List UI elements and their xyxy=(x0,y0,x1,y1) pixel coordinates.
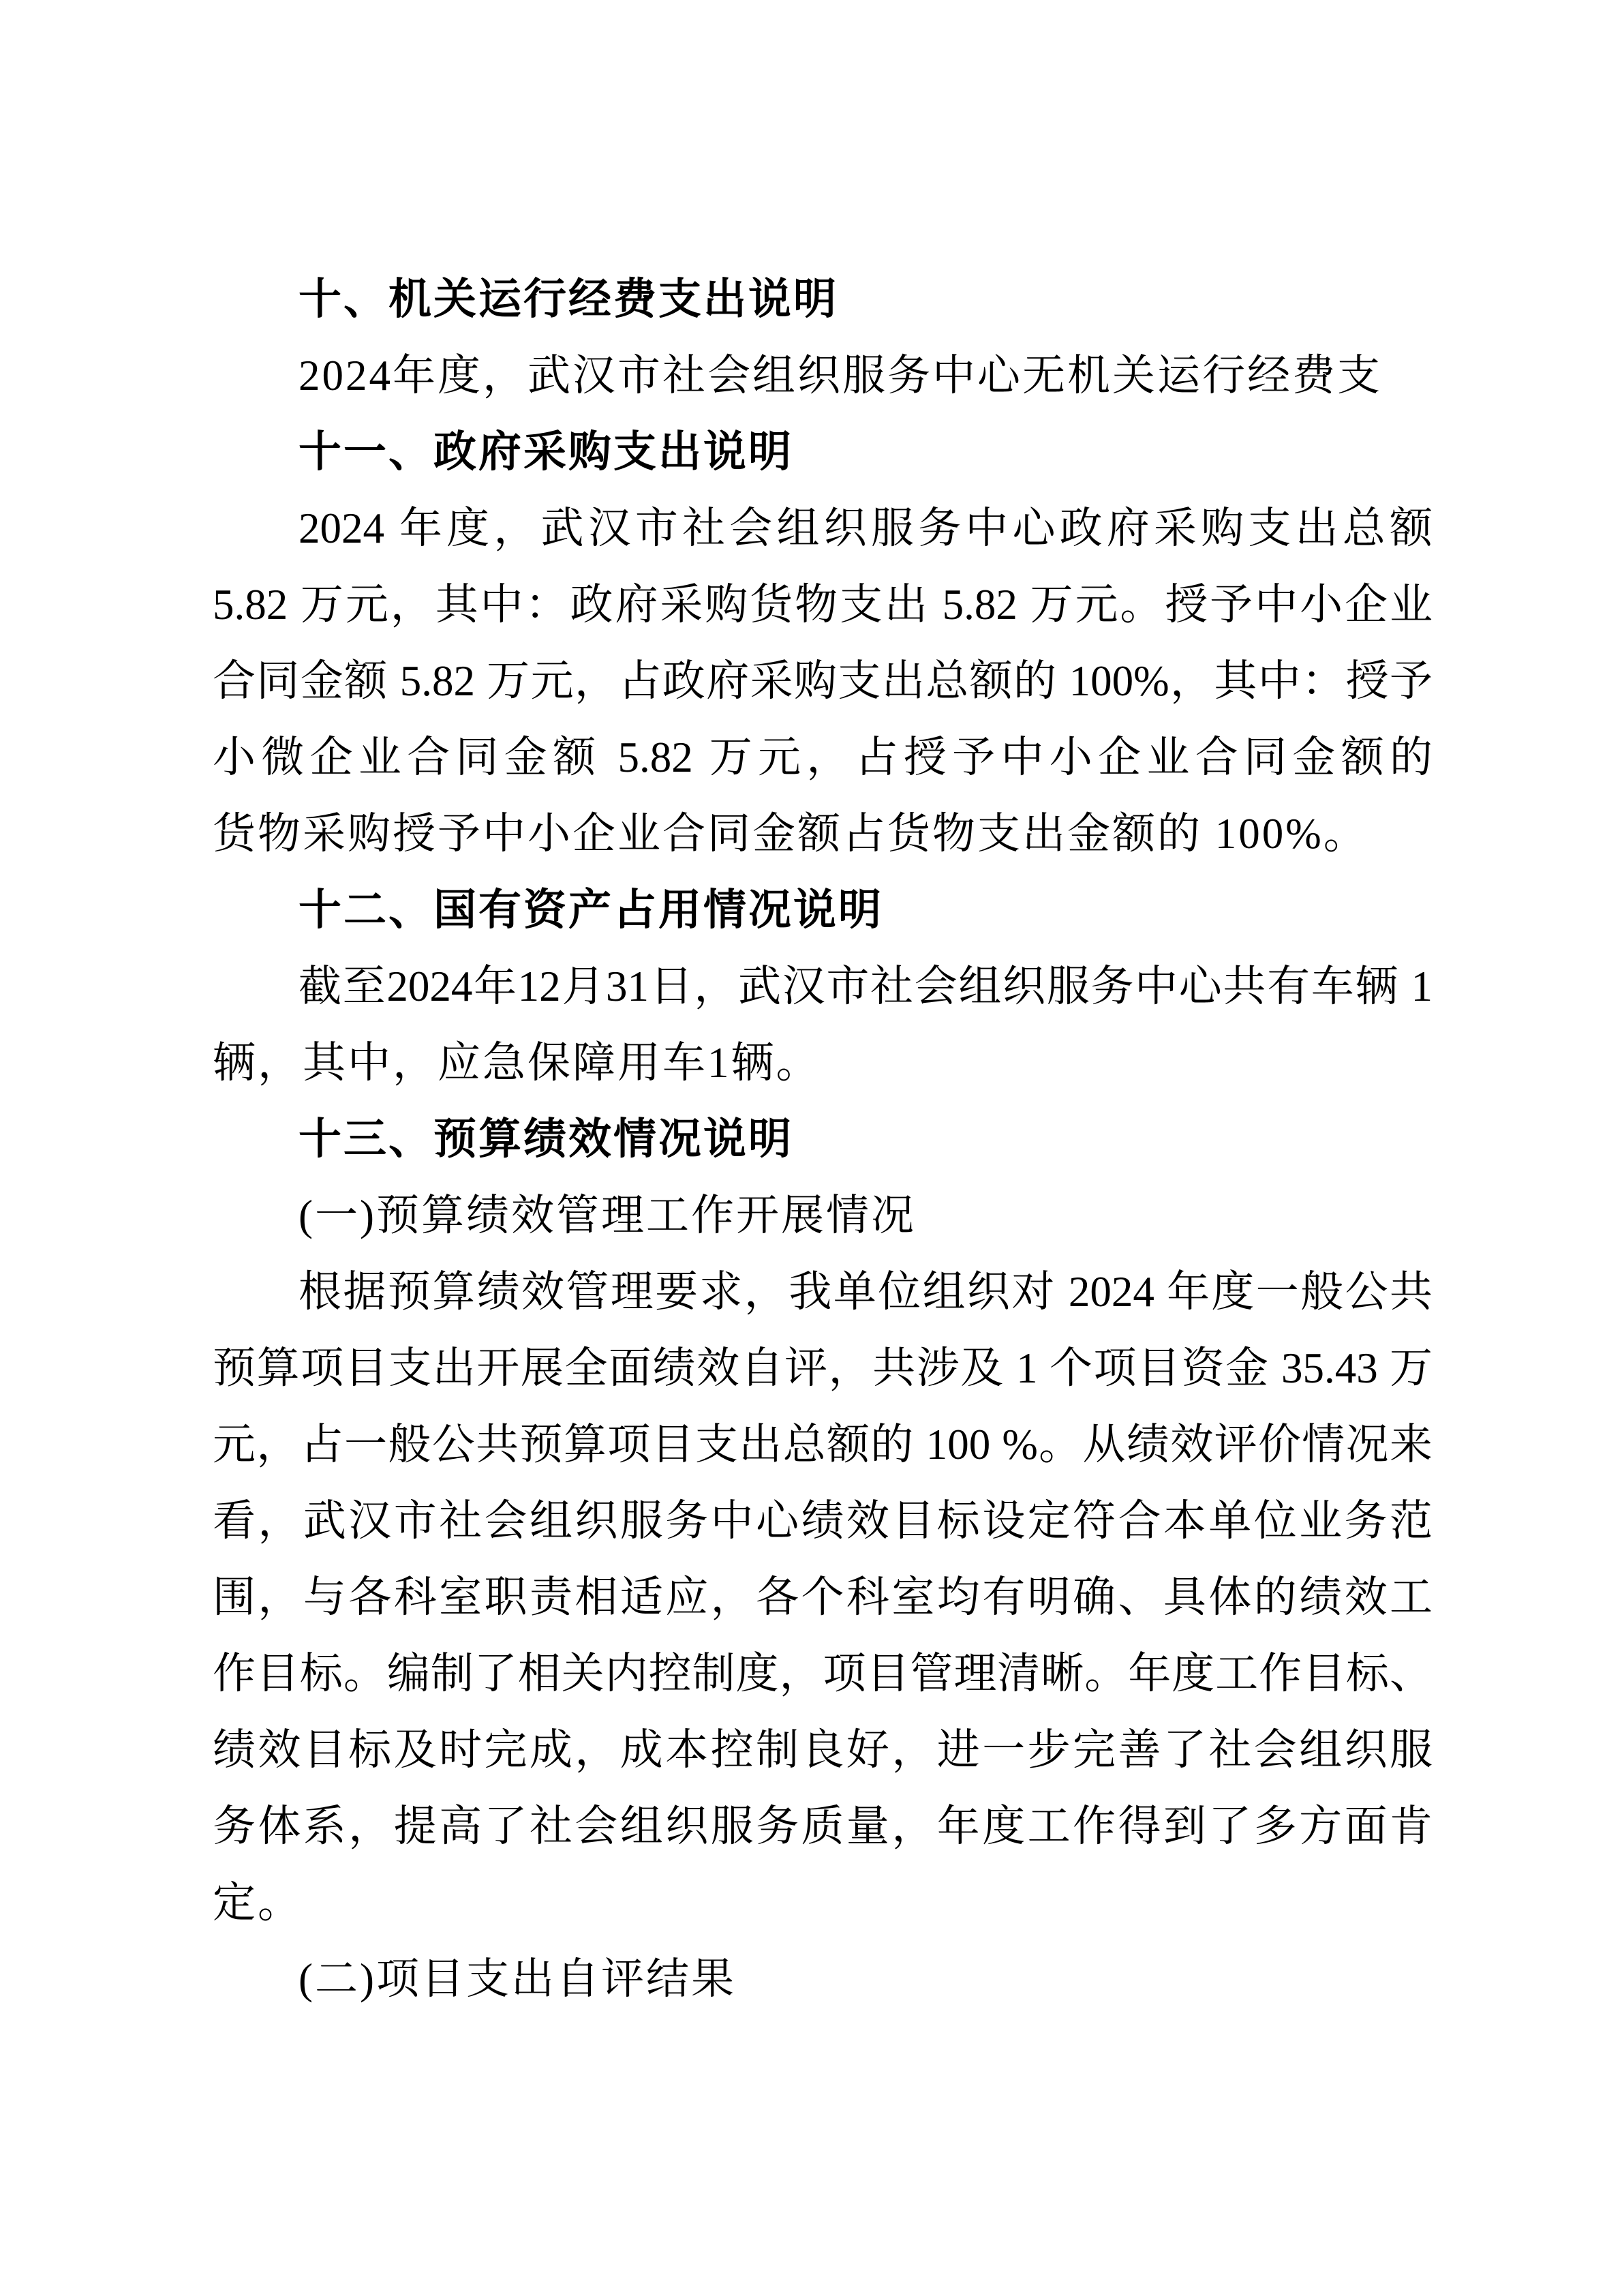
document-body: 十、机关运行经费支出说明 2024年度，武汉市社会组织服务中心无机关运行经费支出… xyxy=(213,261,1433,2017)
paragraph-line: 务体系，提高了社会组织服务质量，年度工作得到了多方面肯 xyxy=(213,1788,1433,1864)
subsection-heading-1: (一)预算绩效管理工作开展情况 xyxy=(213,1177,1433,1254)
section-heading-11: 十一、政府采购支出说明 xyxy=(213,414,1433,490)
section-heading-12: 十二、国有资产占用情况说明 xyxy=(213,872,1433,948)
paragraph-line: 小微企业合同金额 5.82 万元，占授予中小企业合同金额的 100%； xyxy=(213,719,1433,796)
paragraph-line: 5.82 万元，其中：政府采购货物支出 5.82 万元。授予中小企业 xyxy=(213,567,1433,643)
paragraph-line: 辆，其中，应急保障用车1辆。 xyxy=(213,1025,1433,1101)
paragraph-line: 看，武汉市社会组织服务中心绩效目标设定符合本单位业务范 xyxy=(213,1483,1433,1559)
paragraph-line: 预算项目支出开展全面绩效自评，共涉及 1 个项目资金 35.43 万 xyxy=(213,1330,1433,1406)
paragraph-line: 围，与各科室职责相适应，各个科室均有明确、具体的绩效工 xyxy=(213,1559,1433,1635)
paragraph-line: 货物采购授予中小企业合同金额占货物支出金额的 100%。 xyxy=(213,796,1433,872)
document-page: { "page": { "background": "#ffffff", "te… xyxy=(0,0,1622,2296)
paragraph-line: 作目标。编制了相关内控制度，项目管理清晰。年度工作目标、 xyxy=(213,1635,1433,1712)
paragraph-line: 2024 年度，武汉市社会组织服务中心政府采购支出总额 xyxy=(213,490,1433,567)
paragraph-line: 2024年度，武汉市社会组织服务中心无机关运行经费支出。 xyxy=(213,337,1433,414)
paragraph-line: 根据预算绩效管理要求，我单位组织对 2024 年度一般公共 xyxy=(213,1254,1433,1330)
section-heading-10: 十、机关运行经费支出说明 xyxy=(213,261,1433,337)
paragraph-line: 定。 xyxy=(213,1864,1433,1941)
subsection-heading-2: (二)项目支出自评结果 xyxy=(213,1941,1433,2017)
paragraph-line: 绩效目标及时完成，成本控制良好，进一步完善了社会组织服 xyxy=(213,1712,1433,1788)
paragraph-line: 截至2024年12月31日，武汉市社会组织服务中心共有车辆 1 xyxy=(213,948,1433,1025)
paragraph-line: 元，占一般公共预算项目支出总额的 100 %。从绩效评价情况来 xyxy=(213,1406,1433,1483)
paragraph-line: 合同金额 5.82 万元，占政府采购支出总额的 100%，其中：授予 xyxy=(213,643,1433,719)
section-heading-13: 十三、预算绩效情况说明 xyxy=(213,1101,1433,1177)
